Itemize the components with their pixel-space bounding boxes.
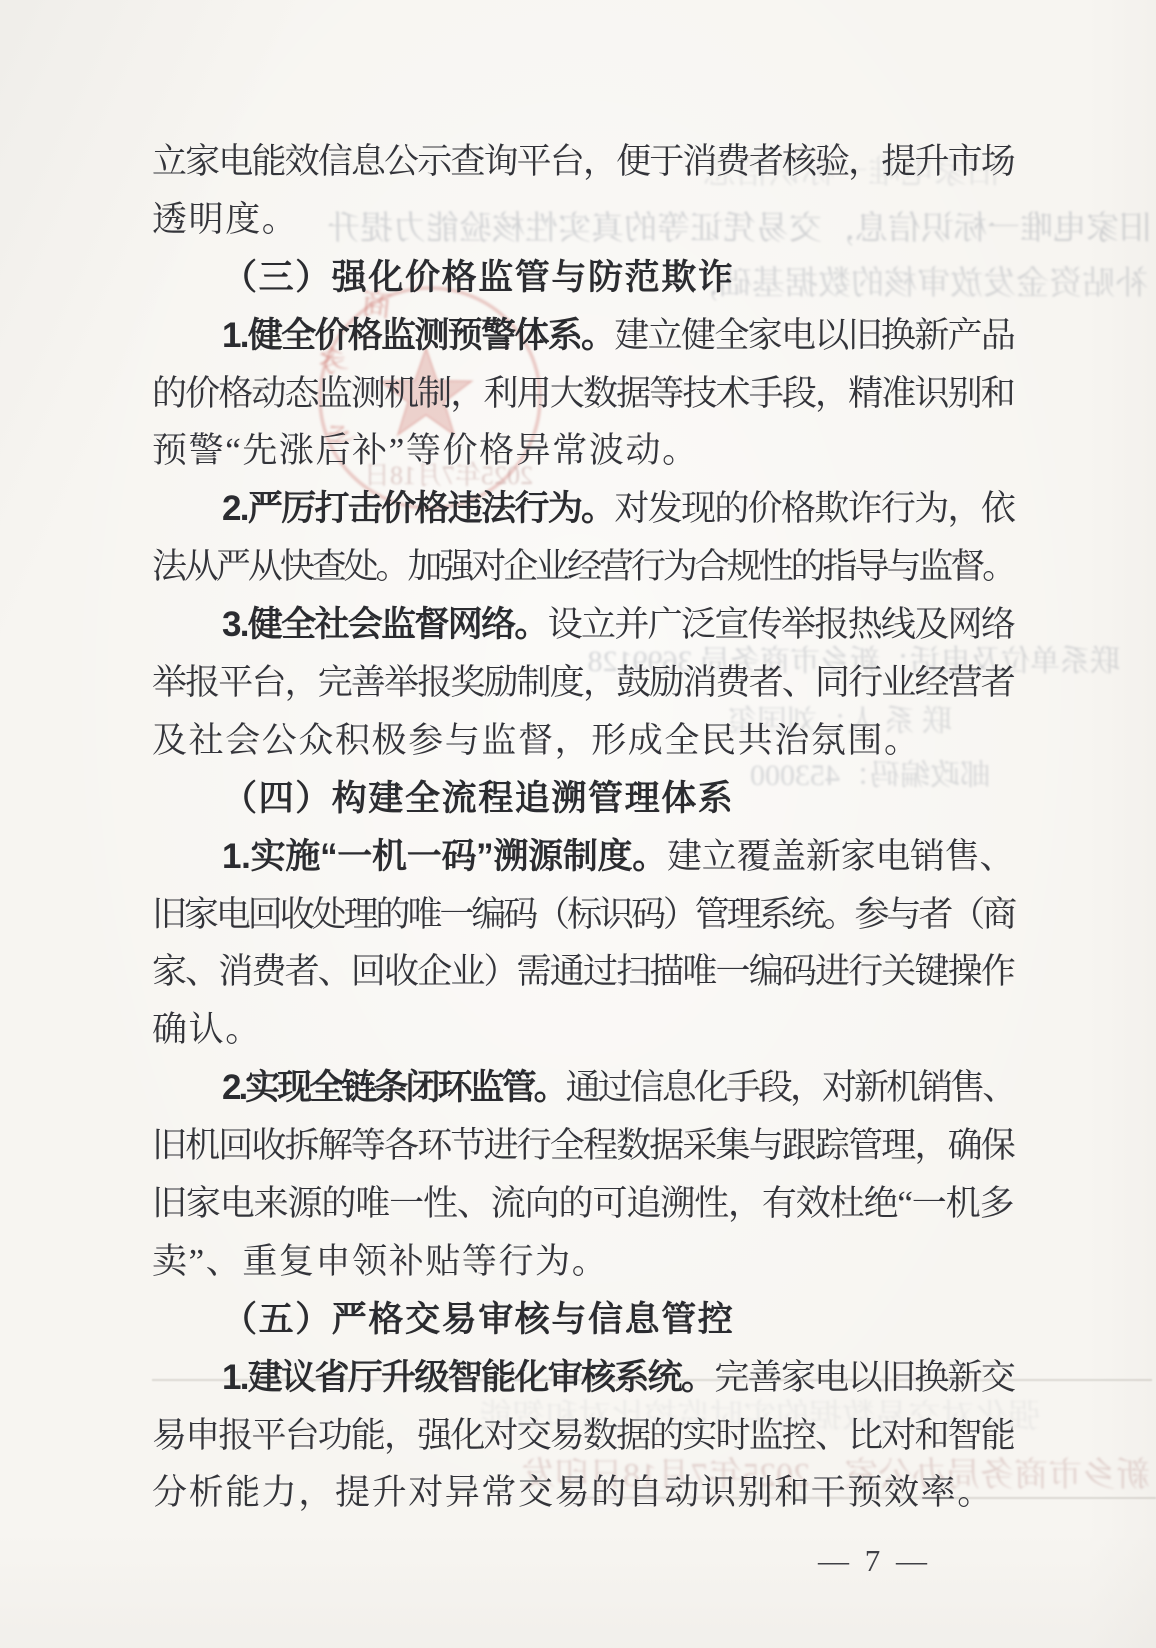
text-segment-bold: 1.健全价格监测预警体系。 <box>222 316 614 355</box>
text-line: 2.实现全链条闭环监管。通过信息化手段，对新机销售、 <box>152 1059 1014 1117</box>
text-line: 旧家电来源的唯一性、流向的可追溯性，有效杜绝“一机多 <box>152 1175 1014 1233</box>
text-segment: 通过信息化手段，对新机销售、 <box>566 1068 1015 1107</box>
text-segment: 旧机回收拆解等各环节进行全程数据采集与跟踪管理，确保 <box>152 1126 1014 1165</box>
text-segment: 完善家电以旧换新交 <box>714 1358 1014 1397</box>
text-segment-bold: 3.健全社会监督网络。 <box>222 605 548 644</box>
text-segment: 建立覆盖新家电销售、 <box>667 837 1014 876</box>
text-line: （五）严格交易审核与信息管控 <box>152 1291 1014 1349</box>
text-segment-bold: 1.实施“一机一码”溯源制度。 <box>222 837 667 876</box>
text-segment: 家、消费者、回收企业）需通过扫描唯一编码进行关键操作 <box>152 952 1014 991</box>
text-segment: 建立健全家电以旧换新产品 <box>614 316 1014 355</box>
text-line: 1.健全价格监测预警体系。建立健全家电以旧换新产品 <box>152 307 1014 365</box>
text-segment: 旧家电回收处理的唯一编码（标识码）管理系统。参与者（商 <box>152 895 1014 934</box>
text-segment-bold: （五）严格交易审核与信息管控 <box>222 1300 734 1339</box>
text-line: 卖”、重复申领补贴等行为。 <box>152 1233 1014 1291</box>
text-line: 法从严从快查处。加强对企业经营行为合规性的指导与监督。 <box>152 538 1014 596</box>
text-line: 分析能力，提升对异常交易的自动识别和干预效率。 <box>152 1464 1014 1522</box>
page-number: — 7 — <box>818 1543 931 1579</box>
text-line: 1.实施“一机一码”溯源制度。建立覆盖新家电销售、 <box>152 828 1014 886</box>
text-line: 透明度。 <box>152 191 1014 249</box>
scanned-document-page: 商务乡 旧家电唯一标识信息旧家电唯一标识信息，交易凭证等的真实性核验能力提升补贴… <box>0 0 1156 1648</box>
text-segment: 法从严从快查处。加强对企业经营行为合规性的指导与监督。 <box>152 547 1014 586</box>
text-line: （三）强化价格监管与防范欺诈 <box>152 249 1014 307</box>
text-segment: 确认。 <box>152 1010 262 1049</box>
text-line: （四）构建全流程追溯管理体系 <box>152 770 1014 828</box>
text-line: 的价格动态监测机制，利用大数据等技术手段，精准识别和 <box>152 365 1014 423</box>
text-line: 3.健全社会监督网络。设立并广泛宣传举报热线及网络 <box>152 596 1014 654</box>
text-line: 家、消费者、回收企业）需通过扫描唯一编码进行关键操作 <box>152 943 1014 1001</box>
text-segment-bold: 1.建议省厅升级智能化审核系统。 <box>222 1358 714 1397</box>
text-line: 旧家电回收处理的唯一编码（标识码）管理系统。参与者（商 <box>152 886 1014 944</box>
text-segment-bold: 2.实现全链条闭环监管。 <box>222 1068 566 1107</box>
text-line: 确认。 <box>152 1001 1014 1059</box>
text-line: 举报平台，完善举报奖励制度，鼓励消费者、同行业经营者 <box>152 654 1014 712</box>
text-segment-bold: 2.严厉打击价格违法行为。 <box>222 489 614 528</box>
text-segment: 立家电能效信息公示查询平台，便于消费者核验，提升市场 <box>152 142 1014 181</box>
text-line: 2.严厉打击价格违法行为。对发现的价格欺诈行为，依 <box>152 480 1014 538</box>
text-segment: 分析能力，提升对异常交易的自动识别和干预效率。 <box>152 1473 994 1512</box>
text-segment: 旧家电来源的唯一性、流向的可追溯性，有效杜绝“一机多 <box>152 1184 1013 1223</box>
text-segment-bold: （三）强化价格监管与防范欺诈 <box>222 258 734 297</box>
text-line: 及社会公众积极参与监督，形成全民共治氛围。 <box>152 712 1014 770</box>
text-line: 旧机回收拆解等各环节进行全程数据采集与跟踪管理，确保 <box>152 1117 1014 1175</box>
text-line: 预警“先涨后补”等价格异常波动。 <box>152 422 1014 480</box>
text-segment: 设立并广泛宣传举报热线及网络 <box>548 605 1014 644</box>
text-segment: 卖”、重复申领补贴等行为。 <box>152 1242 608 1281</box>
text-line: 易申报平台功能，强化对交易数据的实时监控、比对和智能 <box>152 1407 1014 1465</box>
text-segment: 的价格动态监测机制，利用大数据等技术手段，精准识别和 <box>152 374 1014 413</box>
text-line: 立家电能效信息公示查询平台，便于消费者核验，提升市场 <box>152 133 1014 191</box>
text-segment: 举报平台，完善举报奖励制度，鼓励消费者、同行业经营者 <box>152 663 1014 702</box>
text-segment: 对发现的价格欺诈行为，依 <box>614 489 1014 528</box>
text-segment: 及社会公众积极参与监督，形成全民共治氛围。 <box>152 721 921 760</box>
text-line: 1.建议省厅升级智能化审核系统。完善家电以旧换新交 <box>152 1349 1014 1407</box>
text-segment-bold: （四）构建全流程追溯管理体系 <box>222 779 734 818</box>
text-segment: 易申报平台功能，强化对交易数据的实时监控、比对和智能 <box>152 1416 1014 1455</box>
document-body: 立家电能效信息公示查询平台，便于消费者核验，提升市场透明度。（三）强化价格监管与… <box>152 133 1014 1522</box>
text-segment: 透明度。 <box>152 200 298 239</box>
text-segment: 预警“先涨后补”等价格异常波动。 <box>152 431 699 470</box>
